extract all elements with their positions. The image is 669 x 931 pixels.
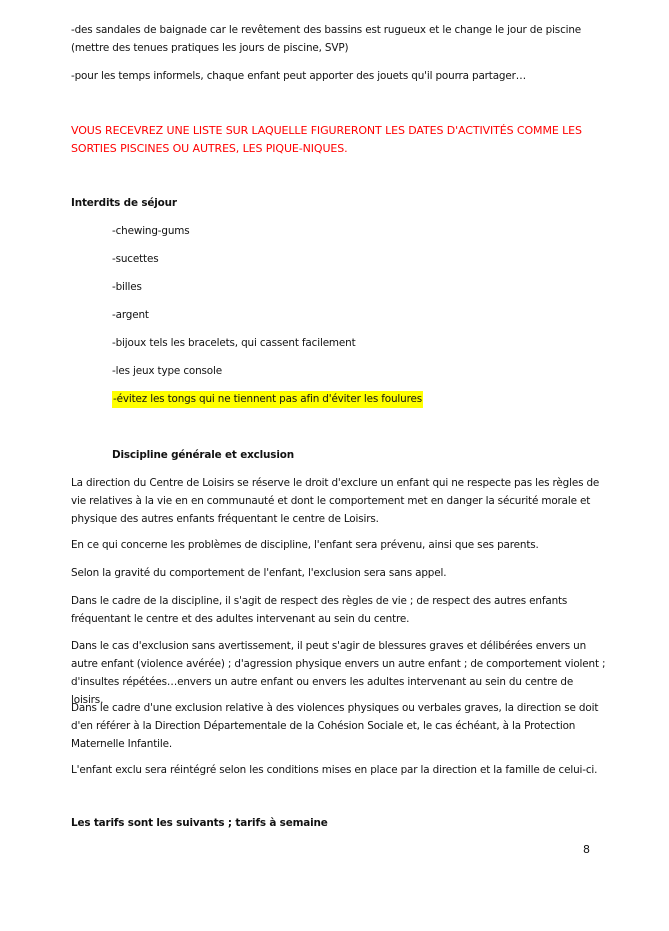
intro-paragraph-sandals: -des sandales de baignade car le revêtem…: [71, 21, 606, 57]
discipline-paragraph: Dans le cadre d'une exclusion relative à…: [71, 699, 606, 753]
forbidden-item: -les jeux type console: [112, 365, 222, 378]
intro-paragraph-toys: -pour les temps informels, chaque enfant…: [71, 67, 606, 85]
document-page: -des sandales de baignade car le revêtem…: [0, 0, 669, 931]
forbidden-item: -chewing-gums: [112, 225, 190, 238]
discipline-paragraph: La direction du Centre de Loisirs se rés…: [71, 474, 606, 528]
forbidden-item: -billes: [112, 281, 142, 294]
forbidden-item: -argent: [112, 309, 149, 322]
activity-dates-notice: VOUS RECEVREZ UNE LISTE SUR LAQUELLE FIG…: [71, 122, 606, 158]
forbidden-item-highlighted: -évitez les tongs qui ne tiennent pas af…: [112, 393, 423, 406]
forbidden-item: -bijoux tels les bracelets, qui cassent …: [112, 337, 356, 350]
discipline-paragraph: L'enfant exclu sera réintégré selon les …: [71, 761, 606, 779]
discipline-heading: Discipline générale et exclusion: [112, 449, 294, 462]
page-number: 8: [583, 843, 590, 856]
discipline-paragraph: Dans le cadre de la discipline, il s'agi…: [71, 592, 606, 628]
forbidden-heading: Interdits de séjour: [71, 197, 177, 210]
forbidden-item: -sucettes: [112, 253, 158, 266]
highlighted-text: -évitez les tongs qui ne tiennent pas af…: [112, 391, 423, 408]
discipline-paragraph: Selon la gravité du comportement de l'en…: [71, 564, 606, 582]
discipline-paragraph: En ce qui concerne les problèmes de disc…: [71, 536, 606, 554]
tariffs-heading: Les tarifs sont les suivants ; tarifs à …: [71, 817, 328, 830]
